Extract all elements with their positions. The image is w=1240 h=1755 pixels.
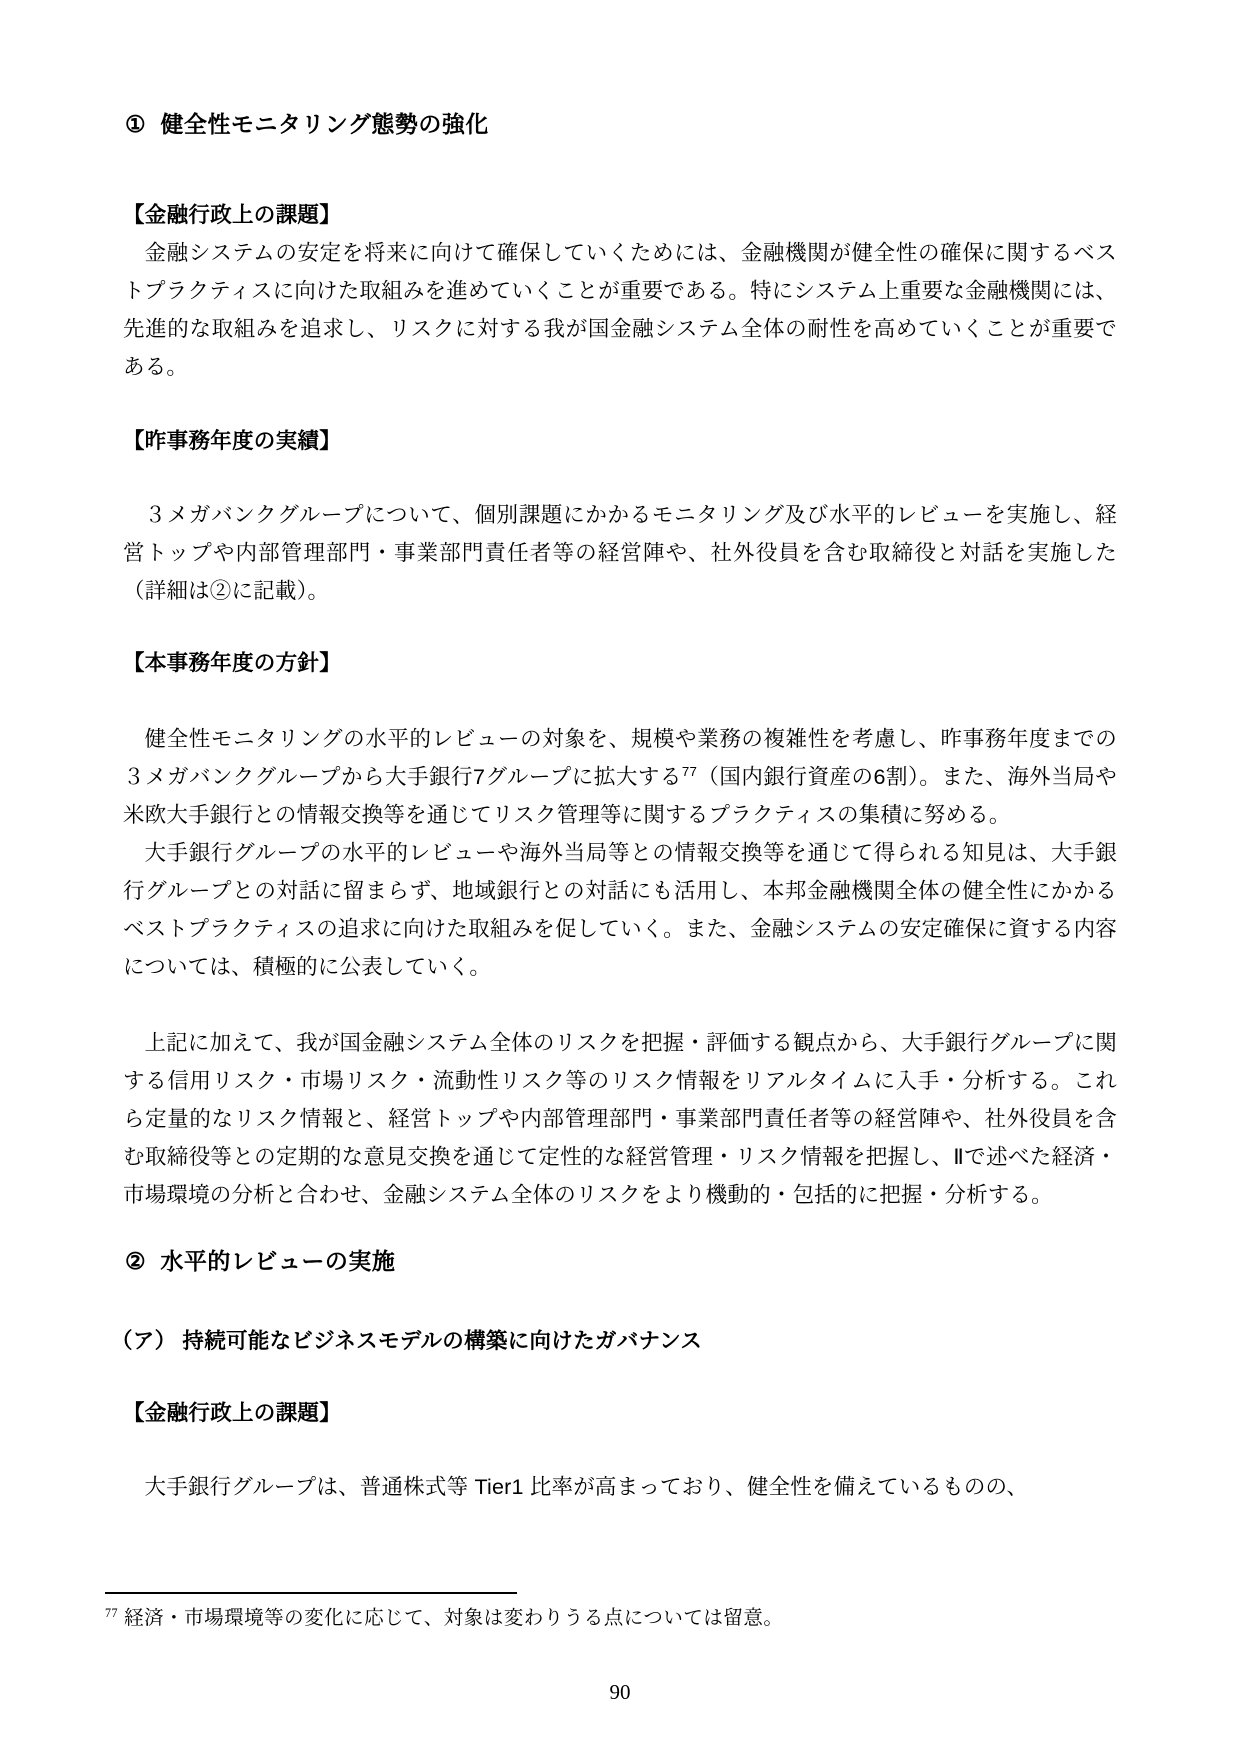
- paragraph-horizontal-review-expansion: 健全性モニタリングの水平的レビューの対象を、規模や業務の複雑性を考慮し、昨事務年…: [123, 720, 1117, 834]
- paragraph-knowledge-sharing: 大手銀行グループの水平的レビューや海外当局等との情報交換等を通じて得られる知見は…: [123, 834, 1117, 986]
- label-last-program-year-results: 【昨事務年度の実績】: [123, 422, 1117, 460]
- document-page: ①健全性モニタリング態勢の強化 【金融行政上の課題】 金融システムの安定を将来に…: [0, 0, 1240, 1755]
- subsection-text: 持続可能なビジネスモデルの構築に向けたガバナンス: [182, 1329, 702, 1353]
- heading-2-marker: ②: [125, 1248, 146, 1274]
- footnote-marker-77: 77: [105, 1606, 118, 1620]
- paragraph-financial-system-stability: 金融システムの安定を将来に向けて確保していくためには、金融機関が健全性の確保に関…: [123, 234, 1117, 386]
- page-number: 90: [0, 1678, 1240, 1706]
- footnote-body-text: 経済・市場環境等の変化に応じて、対象は変わりうる点については留意。: [124, 1608, 783, 1629]
- subsection-marker: （ア）: [111, 1329, 176, 1353]
- label-this-program-year-policy: 【本事務年度の方針】: [123, 644, 1117, 682]
- subsection-heading-a: （ア）持続可能なビジネスモデルの構築に向けたガバナンス: [111, 1322, 1117, 1360]
- footnote-reference-77: 77: [682, 764, 697, 779]
- footnote-separator-rule: [105, 1592, 517, 1594]
- heading-1-marker: ①: [125, 111, 146, 137]
- label-administrative-issues-2: 【金融行政上の課題】: [123, 1394, 1117, 1432]
- footnote-text: 77経済・市場環境等の変化に応じて、対象は変わりうる点については留意。: [105, 1604, 1117, 1634]
- paragraph-tier1-ratio: 大手銀行グループは、普通株式等 Tier1 比率が高まっており、健全性を備えてい…: [123, 1468, 1117, 1506]
- label-administrative-issues-1: 【金融行政上の課題】: [123, 196, 1117, 234]
- paragraph-mega-bank-monitoring: ３メガバンクグループについて、個別課題にかかるモニタリング及び水平的レビューを実…: [123, 496, 1117, 610]
- heading-2-text: 水平的レビューの実施: [160, 1248, 395, 1274]
- document-content: ①健全性モニタリング態勢の強化 【金融行政上の課題】 金融システムの安定を将来に…: [0, 0, 1240, 1506]
- paragraph-realtime-risk-analysis: 上記に加えて、我が国金融システム全体のリスクを把握・評価する観点から、大手銀行グ…: [123, 1024, 1117, 1214]
- section-heading-2: ②水平的レビューの実施: [125, 1242, 1117, 1280]
- section-heading-1: ①健全性モニタリング態勢の強化: [125, 108, 1117, 140]
- heading-1-text: 健全性モニタリング態勢の強化: [160, 111, 489, 137]
- footnote-area: 77経済・市場環境等の変化に応じて、対象は変わりうる点については留意。: [105, 1592, 1117, 1634]
